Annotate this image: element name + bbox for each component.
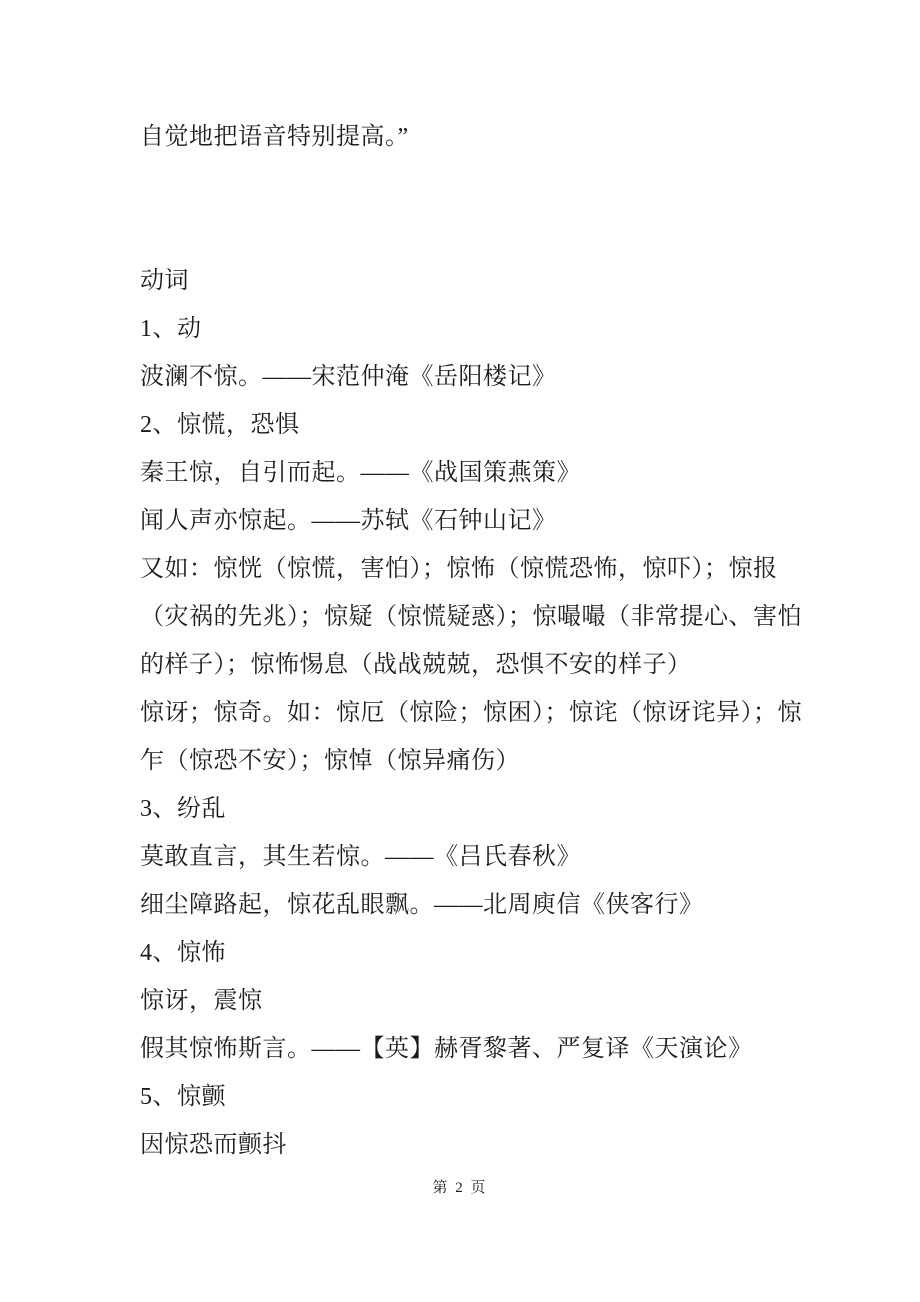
text-line: 秦王惊，自引而起。——《战国策燕策》 <box>140 449 800 497</box>
text-line: 惊讶，震惊 <box>140 977 800 1025</box>
text-line: 2、惊慌，恐惧 <box>140 401 800 449</box>
text-line: 动词 <box>140 257 800 305</box>
text-line: 自觉地把语音特别提高。” <box>140 113 800 161</box>
text-line: 乍（惊恐不安）；惊悼（惊异痛伤） <box>140 737 800 785</box>
blank-line <box>140 209 800 257</box>
text-line: 莫敢直言，其生若惊。——《吕氏春秋》 <box>140 833 800 881</box>
page-footer: 第 2 页 <box>0 1176 920 1197</box>
blank-line <box>140 161 800 209</box>
text-line: 5、惊颤 <box>140 1073 800 1121</box>
text-line: 闻人声亦惊起。——苏轼《石钟山记》 <box>140 497 800 545</box>
text-line: 的样子）；惊怖惕息（战战兢兢，恐惧不安的样子） <box>140 641 800 689</box>
text-line: 波澜不惊。——宋范仲淹《岳阳楼记》 <box>140 353 800 401</box>
text-line: 细尘障路起，惊花乱眼飘。——北周庾信《侠客行》 <box>140 881 800 929</box>
text-line: 又如：惊恍（惊慌，害怕）；惊怖（惊慌恐怖，惊吓）；惊报 <box>140 545 800 593</box>
text-line: 惊讶；惊奇。如：惊厄（惊险；惊困）；惊诧（惊讶诧异）；惊 <box>140 689 800 737</box>
document-text-block: 自觉地把语音特别提高。” 动词 1、动 波澜不惊。——宋范仲淹《岳阳楼记》 2、… <box>140 113 800 1169</box>
text-line: 1、动 <box>140 305 800 353</box>
text-line: 3、纷乱 <box>140 785 800 833</box>
page-number: 第 2 页 <box>432 1180 487 1196</box>
text-line: 假其惊怖斯言。——【英】赫胥黎著、严复译《天演论》 <box>140 1025 800 1073</box>
document-page: 自觉地把语音特别提高。” 动词 1、动 波澜不惊。——宋范仲淹《岳阳楼记》 2、… <box>0 0 920 1302</box>
text-line: 4、惊怖 <box>140 929 800 977</box>
text-line: 因惊恐而颤抖 <box>140 1121 800 1169</box>
text-line: （灾祸的先兆）；惊疑（惊慌疑惑）；惊嘬嘬（非常提心、害怕 <box>140 593 800 641</box>
